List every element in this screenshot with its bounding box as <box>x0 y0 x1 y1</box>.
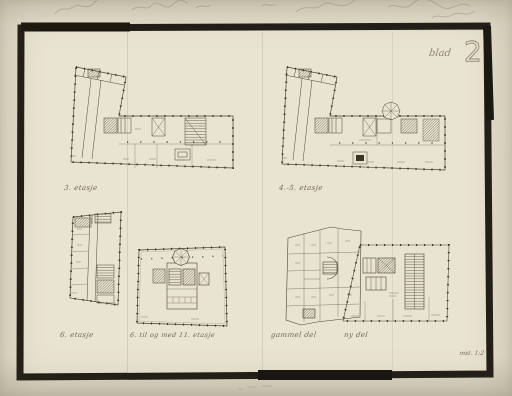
floor-plan-3rd-floor <box>57 59 235 183</box>
sheet-number-numeral: 2 <box>464 35 482 68</box>
scale-note: mst. 1:2 <box>443 350 484 357</box>
drawing-sheet: blad 2 3. etasje <box>0 0 512 396</box>
floor-plan-tower-floors <box>131 239 233 336</box>
caption-old-part: gammel del <box>270 331 317 339</box>
pencil-marks-bottom <box>0 380 512 396</box>
floor-plan-4th-5th-floor <box>267 57 451 185</box>
caption-new-part: ny del <box>343 331 368 339</box>
caption-plan-3rd-floor: 3. etasje <box>63 184 98 192</box>
caption-plan-tower-floors: 6. til og med 11. etasje <box>129 331 238 339</box>
caption-plan-6th-floor: 6. etasje <box>59 331 94 339</box>
fold-crease-center <box>262 32 263 372</box>
caption-plan-4th-5th-floor: 4.-5. etasje <box>278 184 323 192</box>
floor-plan-combined-old-new <box>281 221 453 335</box>
